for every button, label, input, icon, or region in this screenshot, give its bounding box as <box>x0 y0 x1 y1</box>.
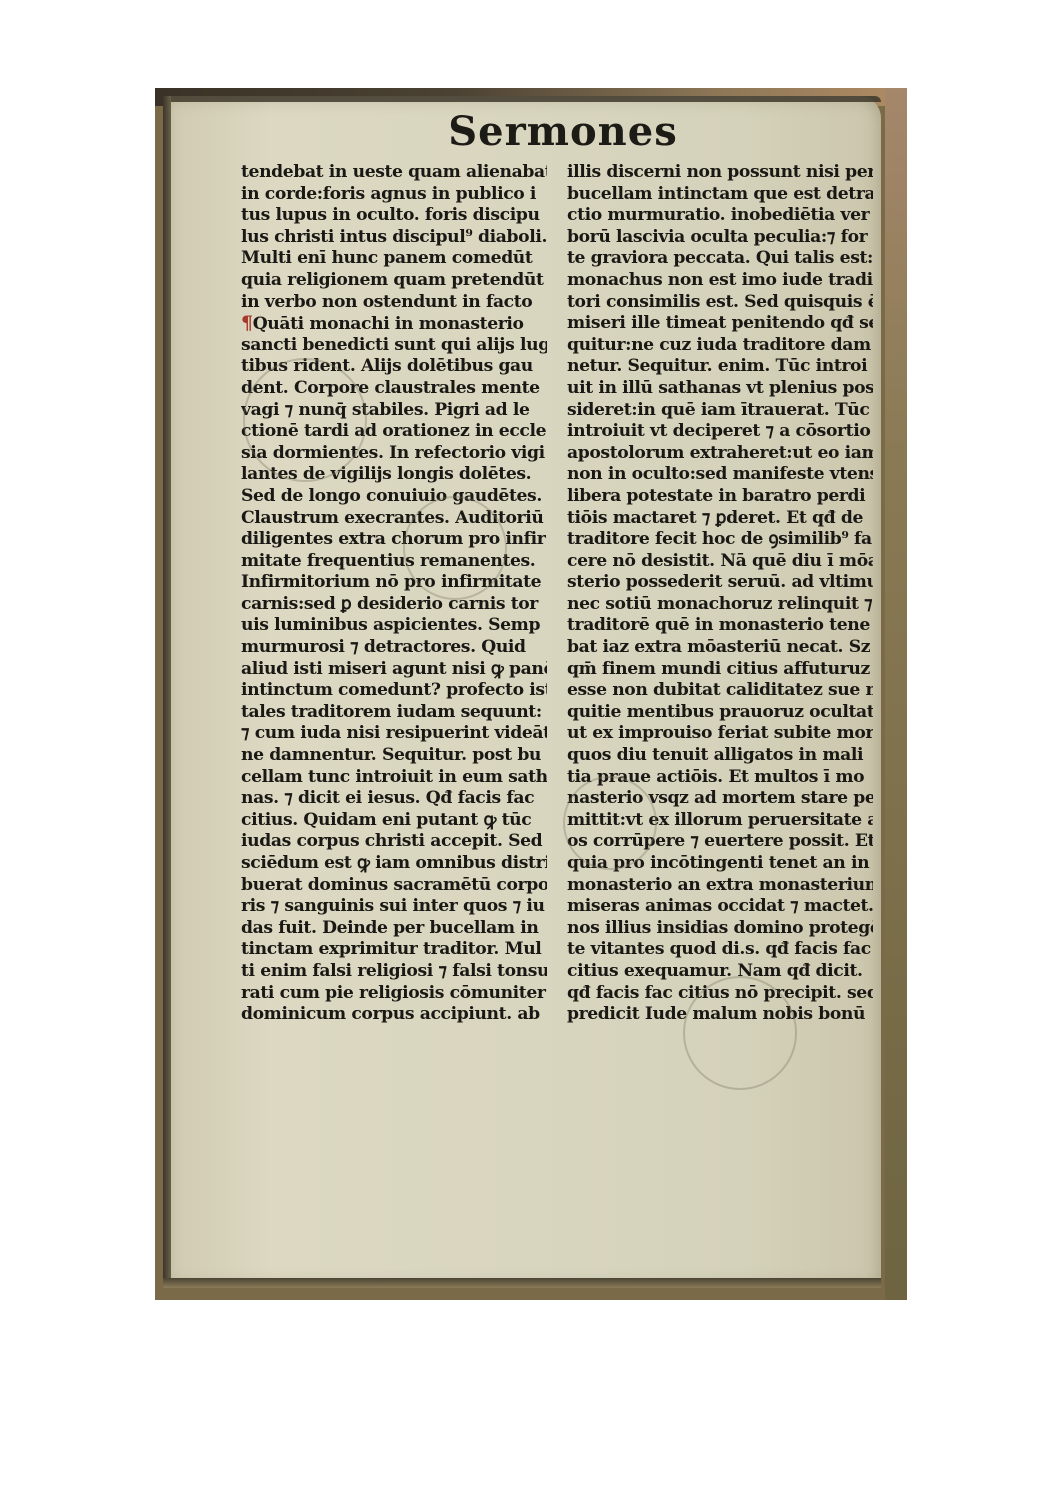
text-line: traditorē quē in monasterio tene <box>567 615 873 637</box>
page-top-edge <box>163 96 881 102</box>
text-line: ne damnentur. Sequitur. post bu <box>241 745 547 767</box>
text-line: Claustrum execrantes. Auditoriū <box>241 508 547 530</box>
text-line-content: intinctum comedunt? profecto isti <box>241 680 547 700</box>
text-line: monasterio an extra monasterium <box>567 875 873 897</box>
text-line-content: nec sotiū monachoruz relinquit ⁊ <box>567 594 872 614</box>
text-line: sideret:in quē iam ītrauerat. Tūc <box>567 400 873 422</box>
text-line-content: bat iaz extra mōasteriū necat. Sz <box>567 637 870 657</box>
text-line-content: quitur:ne cuz iuda traditore dam <box>567 335 871 355</box>
text-line-content: lus christi intus discipul⁹ diaboli. <box>241 227 547 247</box>
manuscript-photograph: Sermones tendebat in ueste quam alienaba… <box>155 88 907 1300</box>
text-line-content: Infirmitorium nō pro infirmitate <box>241 572 541 592</box>
text-line-content: nas. ⁊ dicit ei iesus. Qđ facis fac <box>241 788 534 808</box>
text-line-content: ut ex improuiso feriat subite mortis <box>567 723 873 743</box>
text-line: qđ facis fac citius nō precipit. sed <box>567 983 873 1005</box>
text-line-content: Quāti monachi in monasterio <box>253 314 524 334</box>
text-line: te vitantes quod di.s. qđ facis fac <box>567 939 873 961</box>
text-line-content: citius exequamur. Nam qđ dicit. <box>567 961 863 981</box>
text-line-content: tori consimilis est. Sed quisquis ē <box>567 292 873 312</box>
text-line: murmurosi ⁊ detractores. Quid <box>241 637 547 659</box>
text-line-content: sideret:in quē iam ītrauerat. Tūc <box>567 400 869 420</box>
text-line: ctionē tardi ad orationez in eccle <box>241 421 547 443</box>
text-line-content: lantes de vigilijs longis dolētes. <box>241 464 531 484</box>
text-line: sciēdum est ꝙ iam omnibus distri <box>241 853 547 875</box>
text-line-content: miseras animas occidat ⁊ mactet. <box>567 896 873 916</box>
text-line: nec sotiū monachoruz relinquit ⁊ <box>567 594 873 616</box>
text-line: uit in illū sathanas vt plenius pos <box>567 378 873 400</box>
text-line: predicit Iude malum nobis bonū <box>567 1004 873 1026</box>
text-line: sia dormientes. In refectorio vigi <box>241 443 547 465</box>
text-column-right: illis discerni non possunt nisi perbucel… <box>567 162 873 1026</box>
text-line: iudas corpus christi accepit. Sed <box>241 831 547 853</box>
text-line-content: sancti benedicti sunt qui alijs lugē <box>241 335 547 355</box>
incunable-page: Sermones tendebat in ueste quam alienaba… <box>163 96 881 1288</box>
text-line: vagi ⁊ nunq̄ stabiles. Pigri ad le <box>241 400 547 422</box>
text-line-content: miseri ille timeat penitendo qđ se <box>567 313 873 333</box>
text-line-content: uis luminibus aspicientes. Semp <box>241 615 540 635</box>
text-line-content: nos illius insidias domino protegē <box>567 918 873 938</box>
text-line: aliud isti miseri agunt nisi ꝙ panē <box>241 659 547 681</box>
text-line: dominicum corpus accipiunt. ab <box>241 1004 547 1026</box>
text-column-left: tendebat in ueste quam alienabatin corde… <box>241 162 547 1026</box>
binding-right <box>885 88 907 1300</box>
text-line-content: ne damnentur. Sequitur. post bu <box>241 745 541 765</box>
text-line-content: quitie mentibus prauoruz ocultat <box>567 702 873 722</box>
text-line-content: mittit:vt ex illorum peruersitate ali <box>567 810 873 830</box>
text-line: netur. Sequitur. enim. Tūc introi <box>567 356 873 378</box>
text-line: quia religionem quam pretendūt <box>241 270 547 292</box>
text-line: lus christi intus discipul⁹ diaboli. <box>241 227 547 249</box>
text-line-content: borū lascivia oculta peculia:⁊ for <box>567 227 867 247</box>
text-line-content: qđ facis fac citius nō precipit. sed <box>567 983 873 1003</box>
text-line: in corde:foris agnus in publico i <box>241 184 547 206</box>
text-line-content: apostolorum extraheret:ut eo iam <box>567 443 873 463</box>
text-line: apostolorum extraheret:ut eo iam <box>567 443 873 465</box>
text-line: tinctam exprimitur traditor. Mul <box>241 939 547 961</box>
text-line-content: iudas corpus christi accepit. Sed <box>241 831 542 851</box>
text-line-content: illis discerni non possunt nisi per <box>567 162 873 182</box>
text-line: tus lupus in oculto. foris discipu <box>241 205 547 227</box>
text-line-content: netur. Sequitur. enim. Tūc introi <box>567 356 867 376</box>
text-line: in verbo non ostendunt in facto <box>241 292 547 314</box>
text-line-content: tinctam exprimitur traditor. Mul <box>241 939 541 959</box>
text-line: carnis:sed ꝑ desiderio carnis tor <box>241 594 547 616</box>
text-line: quos diu tenuit alligatos in mali <box>567 745 873 767</box>
page-bottom-edge <box>163 1278 881 1288</box>
text-line-content: sia dormientes. In refectorio vigi <box>241 443 545 463</box>
text-line: mitate frequentius remanentes. <box>241 551 547 573</box>
text-line-content: dominicum corpus accipiunt. ab <box>241 1004 540 1024</box>
text-line: borū lascivia oculta peculia:⁊ for <box>567 227 873 249</box>
running-head: Sermones <box>443 108 683 155</box>
text-line: te graviora peccata. Qui talis est: <box>567 248 873 270</box>
text-line: Sed de longo conuiuio gaudētes. <box>241 486 547 508</box>
text-line-content: sciēdum est ꝙ iam omnibus distri <box>241 853 547 873</box>
text-line: tia praue actiōis. Et multos ī mo <box>567 767 873 789</box>
text-line-content: sterio possederit seruū. ad vltimuz <box>567 572 873 592</box>
page-left-edge <box>163 96 171 1288</box>
text-line: ¶Quāti monachi in monasterio <box>241 313 547 335</box>
text-line-content: in verbo non ostendunt in facto <box>241 292 532 312</box>
text-line: tori consimilis est. Sed quisquis ē <box>567 292 873 314</box>
text-line: quitie mentibus prauoruz ocultat <box>567 702 873 724</box>
text-line: nos illius insidias domino protegē <box>567 918 873 940</box>
text-line: mittit:vt ex illorum peruersitate ali <box>567 810 873 832</box>
text-line-content: cere nō desistit. Nā quē diu ī mōa <box>567 551 873 571</box>
text-line-content: bucellam intinctam que est detra <box>567 184 873 204</box>
text-line-content: esse non dubitat caliditatez sue ne <box>567 680 873 700</box>
text-line-content: citius. Quidam eni putant ꝙ tūc <box>241 810 531 830</box>
text-line-content: introiuit vt deciperet ⁊ a cōsortio <box>567 421 870 441</box>
text-line-content: os corrūpere ⁊ euertere possit. Et <box>567 831 873 851</box>
text-line: quia pro incōtingenti tenet an in <box>567 853 873 875</box>
text-line-content: rati cum pie religiosis cōmuniter <box>241 983 546 1003</box>
text-line: ut ex improuiso feriat subite mortis <box>567 723 873 745</box>
text-line: miseras animas occidat ⁊ mactet. <box>567 896 873 918</box>
text-line-content: Sed de longo conuiuio gaudētes. <box>241 486 542 506</box>
text-line-content: tia praue actiōis. Et multos ī mo <box>567 767 864 787</box>
text-line-content: ⁊ cum iuda nisi resipuerint videāt <box>241 723 547 743</box>
text-line-content: tibus rident. Alijs dolētibus gau <box>241 356 533 376</box>
text-line-content: quos diu tenuit alligatos in mali <box>567 745 863 765</box>
text-line: nasterio vsqz ad mortem stare per <box>567 788 873 810</box>
text-line-content: Multi enī hunc panem comedūt <box>241 248 532 268</box>
text-line-content: monasterio an extra monasterium <box>567 875 873 895</box>
text-line: traditore fecit hoc de ꝯsimilib⁹ fa <box>567 529 873 551</box>
text-line: citius exequamur. Nam qđ dicit. <box>567 961 873 983</box>
text-line: monachus non est imo iude tradi <box>567 270 873 292</box>
text-line: ctio murmuratio. inobediētia ver <box>567 205 873 227</box>
text-line: libera potestate in baratro perdi <box>567 486 873 508</box>
text-line-content: uit in illū sathanas vt plenius pos <box>567 378 873 398</box>
text-line: citius. Quidam eni putant ꝙ tūc <box>241 810 547 832</box>
text-line: buerat dominus sacramētū corpo <box>241 875 547 897</box>
text-line-content: dent. Corpore claustrales mente <box>241 378 540 398</box>
text-line: Multi enī hunc panem comedūt <box>241 248 547 270</box>
text-line: Infirmitorium nō pro infirmitate <box>241 572 547 594</box>
text-line: diligentes extra chorum pro infir <box>241 529 547 551</box>
text-line: sancti benedicti sunt qui alijs lugē <box>241 335 547 357</box>
text-line-content: ctio murmuratio. inobediētia ver <box>567 205 869 225</box>
text-line-content: buerat dominus sacramētū corpo <box>241 875 547 895</box>
text-line-content: murmurosi ⁊ detractores. Quid <box>241 637 526 657</box>
text-line-content: traditore fecit hoc de ꝯsimilib⁹ fa <box>567 529 872 549</box>
text-line-content: quia pro incōtingenti tenet an in <box>567 853 869 873</box>
text-line: tiōis mactaret ⁊ ꝑderet. Et qđ de <box>567 508 873 530</box>
text-line: uis luminibus aspicientes. Semp <box>241 615 547 637</box>
text-line-content: mitate frequentius remanentes. <box>241 551 535 571</box>
text-line: non in oculto:sed manifeste vtens <box>567 464 873 486</box>
text-line: sterio possederit seruū. ad vltimuz <box>567 572 873 594</box>
text-line-content: qm̄ finem mundi citius affuturuz <box>567 659 870 679</box>
text-line: rati cum pie religiosis cōmuniter <box>241 983 547 1005</box>
text-line-content: nasterio vsqz ad mortem stare per <box>567 788 873 808</box>
text-line-content: ris ⁊ sanguinis sui inter quos ⁊ iu <box>241 896 545 916</box>
text-line: cellam tunc introiuit in eum satha <box>241 767 547 789</box>
text-line-content: tiōis mactaret ⁊ ꝑderet. Et qđ de <box>567 508 863 528</box>
text-line: introiuit vt deciperet ⁊ a cōsortio <box>567 421 873 443</box>
text-line-content: te graviora peccata. Qui talis est: <box>567 248 873 268</box>
text-line-content: monachus non est imo iude tradi <box>567 270 873 290</box>
text-line-content: non in oculto:sed manifeste vtens <box>567 464 873 484</box>
text-line: quitur:ne cuz iuda traditore dam <box>567 335 873 357</box>
text-line: qm̄ finem mundi citius affuturuz <box>567 659 873 681</box>
text-line-content: predicit Iude malum nobis bonū <box>567 1004 865 1024</box>
text-line-content: quia religionem quam pretendūt <box>241 270 543 290</box>
text-line: esse non dubitat caliditatez sue ne <box>567 680 873 702</box>
text-line: ris ⁊ sanguinis sui inter quos ⁊ iu <box>241 896 547 918</box>
text-line-content: in corde:foris agnus in publico i <box>241 184 536 204</box>
text-line-content: aliud isti miseri agunt nisi ꝙ panē <box>241 659 547 679</box>
text-line-content: das fuit. Deinde per bucellam in <box>241 918 538 938</box>
text-line-content: tendebat in ueste quam alienabat <box>241 162 547 182</box>
text-line: ti enim falsi religiosi ⁊ falsi tonsu <box>241 961 547 983</box>
text-line-content: libera potestate in baratro perdi <box>567 486 865 506</box>
text-line: tendebat in ueste quam alienabat <box>241 162 547 184</box>
text-line-content: tus lupus in oculto. foris discipu <box>241 205 540 225</box>
text-line: nas. ⁊ dicit ei iesus. Qđ facis fac <box>241 788 547 810</box>
text-line-content: Claustrum execrantes. Auditoriū <box>241 508 543 528</box>
text-line: lantes de vigilijs longis dolētes. <box>241 464 547 486</box>
text-line-content: traditorē quē in monasterio tene <box>567 615 870 635</box>
text-line: tales traditorem iudam sequunt: <box>241 702 547 724</box>
text-line: illis discerni non possunt nisi per <box>567 162 873 184</box>
text-line: cere nō desistit. Nā quē diu ī mōa <box>567 551 873 573</box>
text-line-content: tales traditorem iudam sequunt: <box>241 702 542 722</box>
text-line-content: ctionē tardi ad orationez in eccle <box>241 421 546 441</box>
text-line: bat iaz extra mōasteriū necat. Sz <box>567 637 873 659</box>
text-line: miseri ille timeat penitendo qđ se <box>567 313 873 335</box>
text-line-content: te vitantes quod di.s. qđ facis fac <box>567 939 871 959</box>
text-line: intinctum comedunt? profecto isti <box>241 680 547 702</box>
text-line: ⁊ cum iuda nisi resipuerint videāt <box>241 723 547 745</box>
text-line: das fuit. Deinde per bucellam in <box>241 918 547 940</box>
text-line-content: carnis:sed ꝑ desiderio carnis tor <box>241 594 538 614</box>
text-line-content: vagi ⁊ nunq̄ stabiles. Pigri ad le <box>241 400 530 420</box>
text-line: bucellam intinctam que est detra <box>567 184 873 206</box>
text-line: os corrūpere ⁊ euertere possit. Et <box>567 831 873 853</box>
text-line-content: ti enim falsi religiosi ⁊ falsi tonsu <box>241 961 547 981</box>
rubric-paragraph-mark-icon: ¶ <box>241 313 253 334</box>
text-line-content: cellam tunc introiuit in eum satha <box>241 767 547 787</box>
text-line: tibus rident. Alijs dolētibus gau <box>241 356 547 378</box>
text-line: dent. Corpore claustrales mente <box>241 378 547 400</box>
text-line-content: diligentes extra chorum pro infir <box>241 529 545 549</box>
